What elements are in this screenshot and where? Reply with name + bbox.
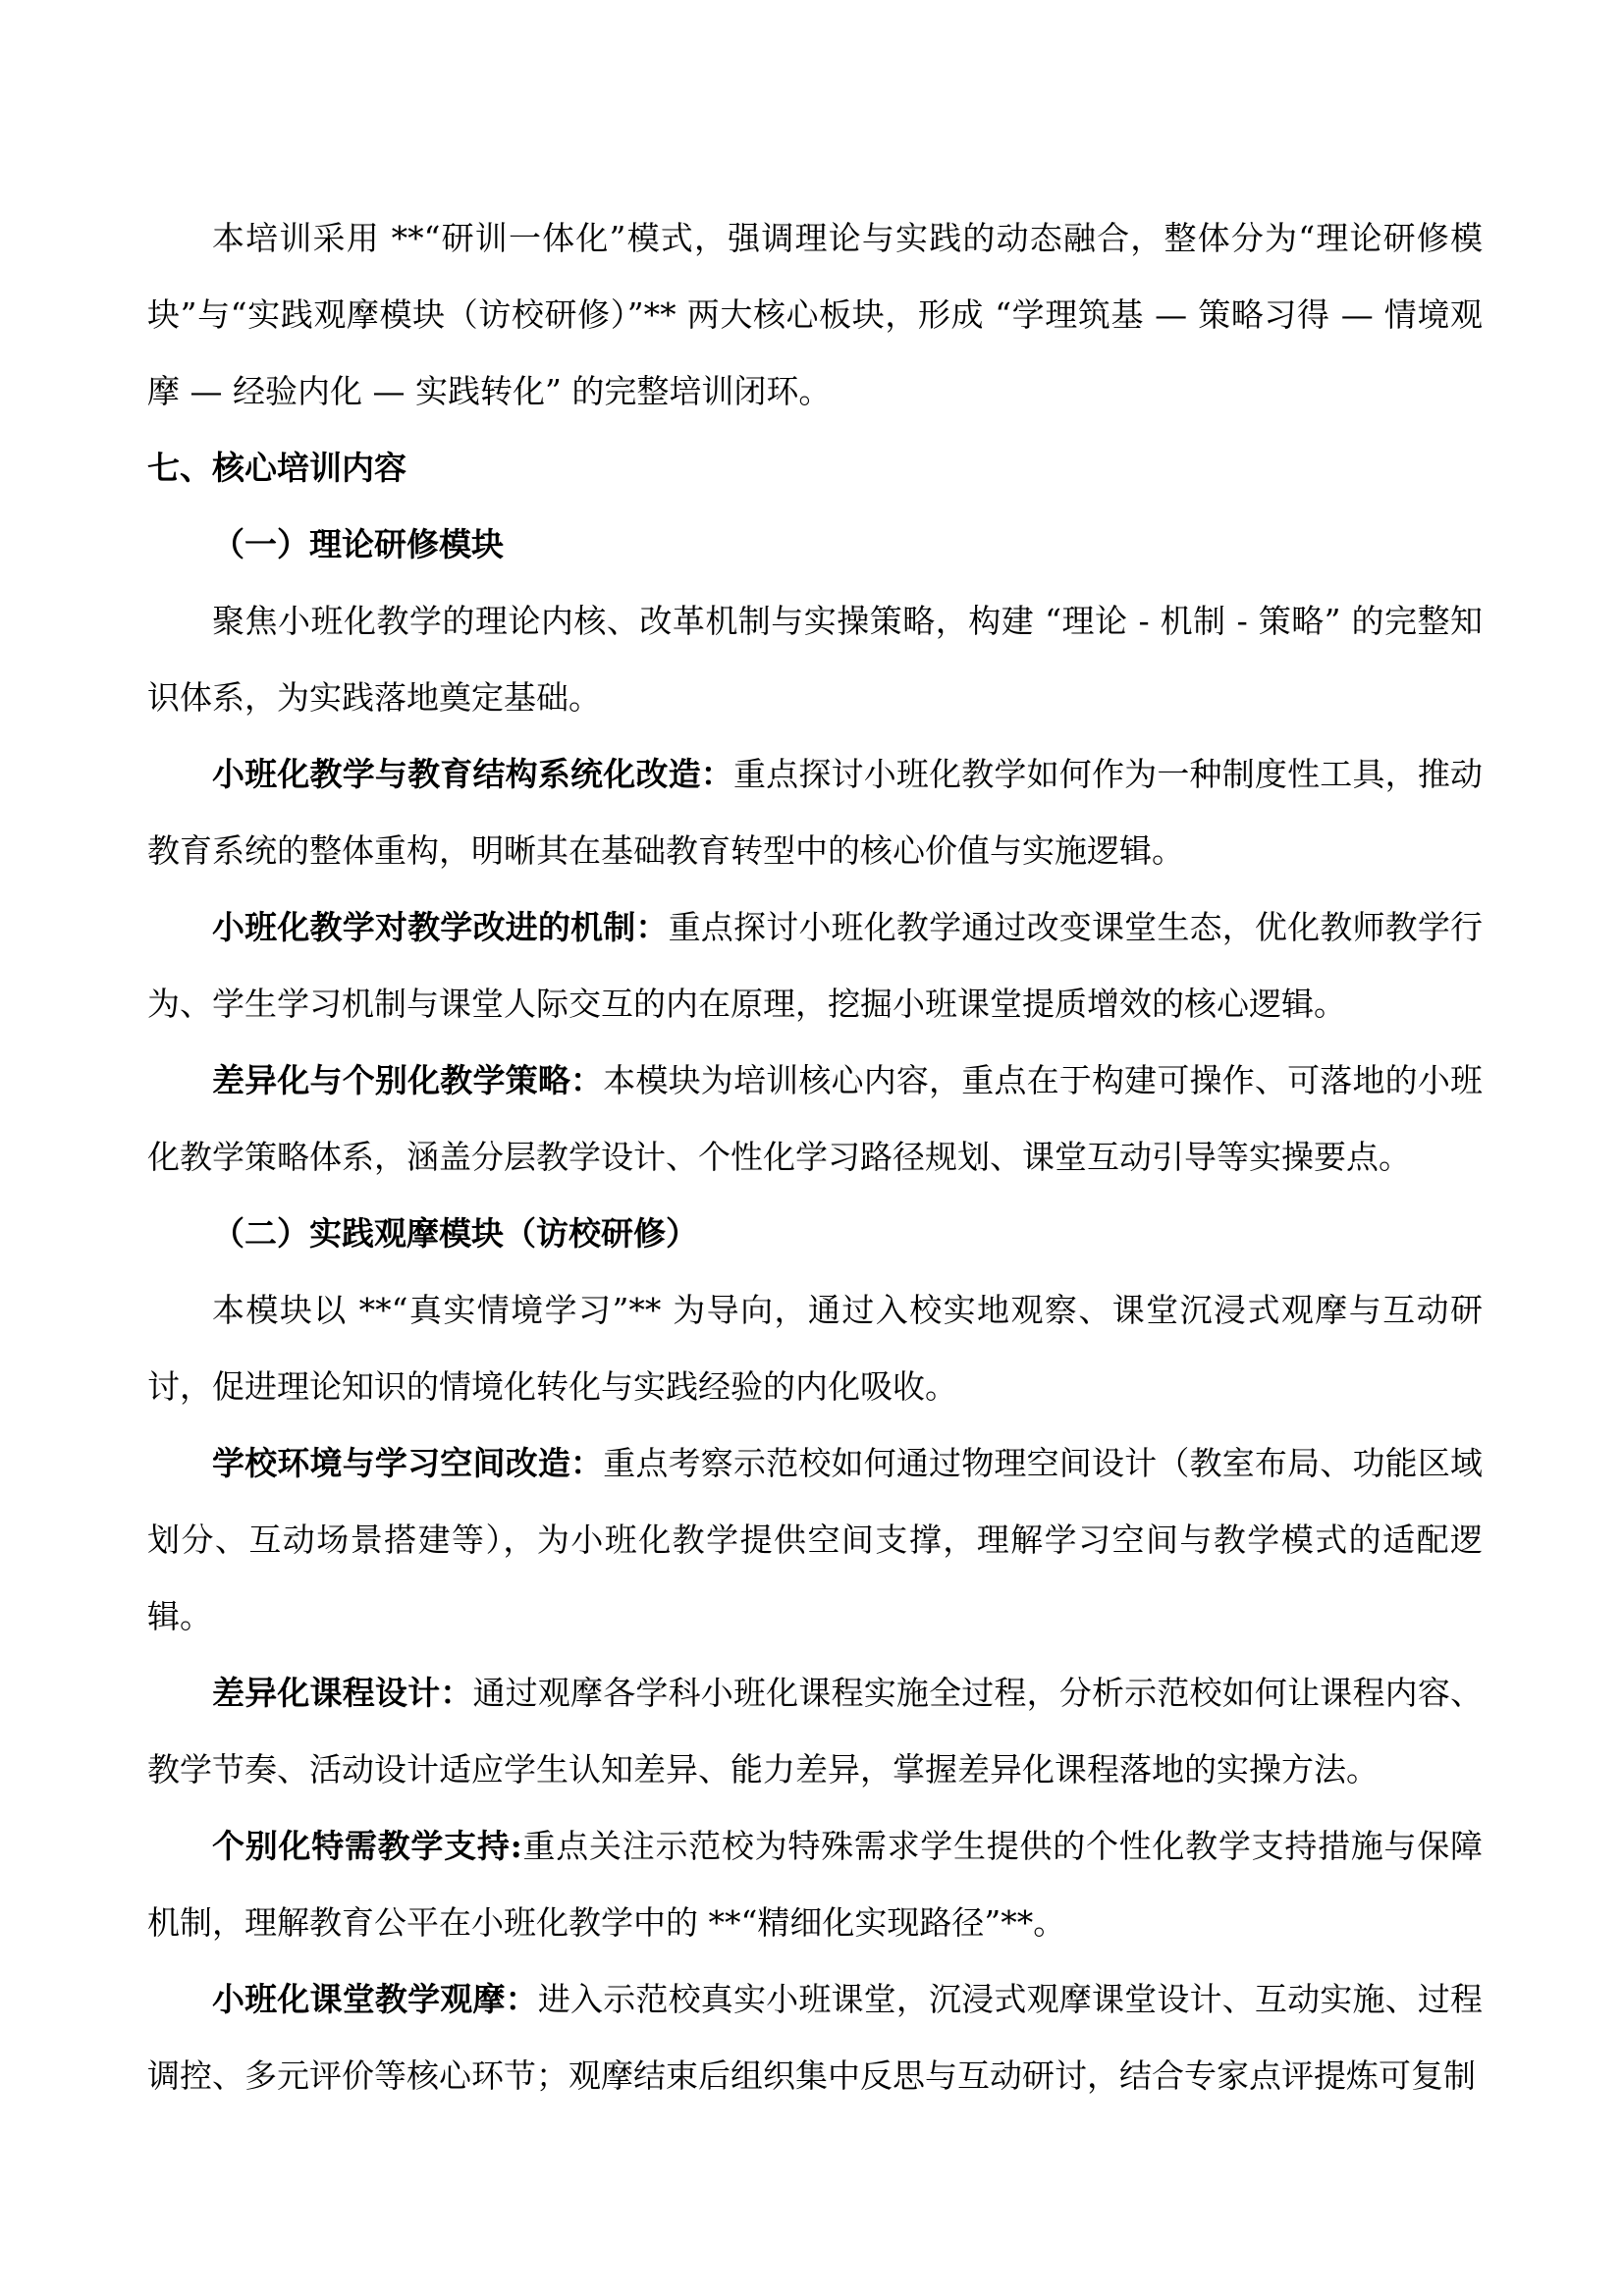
paragraph-lead-text: 小班化课堂教学观摩：	[212, 1980, 538, 2018]
paragraph-special-needs-support: 个别化特需教学支持:重点关注示范校为特殊需求学生提供的个性化教学支持措施与保障机…	[147, 1808, 1483, 1961]
practice-module-intro-paragraph: 本模块以 **“真实情境学习”** 为导向，通过入校实地观察、课堂沉浸式观摩与互…	[147, 1272, 1483, 1425]
paragraph-lead-text: 差异化与个别化教学策略：	[212, 1061, 603, 1099]
paragraph-lead-text: 个别化特需教学支持:	[212, 1827, 522, 1865]
intro-paragraph: 本培训采用 **“研训一体化”模式，强调理论与实践的动态融合，整体分为“理论研修…	[147, 200, 1483, 430]
paragraph-lead-text: 学校环境与学习空间改造：	[212, 1444, 603, 1482]
paragraph-differentiated-curriculum-design: 差异化课程设计：通过观摩各学科小班化课程实施全过程，分析示范校如何让课程内容、教…	[147, 1655, 1483, 1808]
document-content: 本培训采用 **“研训一体化”模式，强调理论与实践的动态融合，整体分为“理论研修…	[147, 200, 1483, 2114]
paragraph-learning-space-renovation: 学校环境与学习空间改造：重点考察示范校如何通过物理空间设计（教室布局、功能区域划…	[147, 1425, 1483, 1655]
theory-module-intro-paragraph: 聚焦小班化教学的理论内核、改革机制与实操策略，构建 “理论 - 机制 - 策略”…	[147, 583, 1483, 736]
paragraph-body-text: 聚焦小班化教学的理论内核、改革机制与实操策略，构建 “理论 - 机制 - 策略”…	[147, 602, 1483, 717]
subsection-heading-practice-module: （二）实践观摩模块（访校研修）	[147, 1196, 1483, 1272]
paragraph-lead-text: 差异化课程设计：	[212, 1674, 472, 1712]
paragraph-classroom-observation: 小班化课堂教学观摩：进入示范校真实小班课堂，沉浸式观摩课堂设计、互动实施、过程调…	[147, 1961, 1483, 2114]
section-heading-core-training-content: 七、核心培训内容	[147, 430, 1483, 507]
document-page: 本培训采用 **“研训一体化”模式，强调理论与实践的动态融合，整体分为“理论研修…	[0, 0, 1624, 2296]
subsection-heading-theory-module: （一）理论研修模块	[147, 507, 1483, 583]
paragraph-body-text: 本模块以 **“真实情境学习”** 为导向，通过入校实地观察、课堂沉浸式观摩与互…	[147, 1291, 1483, 1406]
paragraph-structural-reform: 小班化教学与教育结构系统化改造：重点探讨小班化教学如何作为一种制度性工具，推动教…	[147, 736, 1483, 889]
paragraph-lead-text: 小班化教学对教学改进的机制：	[212, 908, 669, 946]
paragraph-teaching-improvement-mechanism: 小班化教学对教学改进的机制：重点探讨小班化教学通过改变课堂生态，优化教师教学行为…	[147, 889, 1483, 1042]
paragraph-lead-text: 小班化教学与教育结构系统化改造：	[212, 755, 733, 793]
paragraph-body-text: 本培训采用 **“研训一体化”模式，强调理论与实践的动态融合，整体分为“理论研修…	[147, 219, 1483, 410]
paragraph-differentiated-strategies: 差异化与个别化教学策略：本模块为培训核心内容，重点在于构建可操作、可落地的小班化…	[147, 1042, 1483, 1196]
